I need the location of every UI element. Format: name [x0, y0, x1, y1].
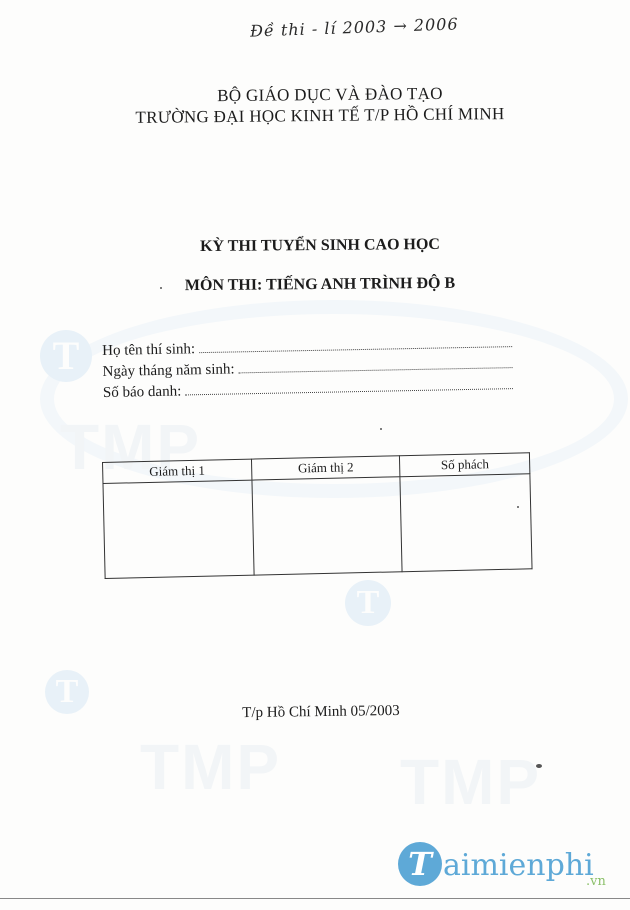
handwritten-note: Đề thi - lí 2003 → 2006 — [250, 14, 459, 40]
page-edge — [0, 898, 630, 899]
watermark-logo-icon: T — [345, 580, 391, 626]
logo-brand-text: aimienphi — [443, 846, 594, 886]
logo-t-icon: T — [398, 842, 442, 886]
logo-domain-text: .vn — [586, 874, 606, 889]
column-header: Số phách — [400, 453, 530, 477]
scan-speck — [380, 428, 382, 430]
scan-speck — [160, 287, 162, 289]
place-date: T/p Hồ Chí Minh 05/2003 — [6, 700, 630, 726]
watermark-text: TMP — [400, 745, 541, 819]
field-label: Họ tên thí sinh: — [102, 341, 195, 360]
signature-cell-proctor-1[interactable] — [103, 480, 254, 578]
taimienphi-logo: T aimienphi .vn — [398, 842, 594, 886]
field-label: Số báo danh: — [103, 383, 182, 402]
scan-speck — [536, 764, 542, 768]
secret-code-cell[interactable] — [400, 474, 532, 572]
signature-cell-proctor-2[interactable] — [252, 477, 403, 575]
signature-table: Giám thị 1 Giám thị 2 Số phách — [102, 452, 533, 579]
exam-title: KỲ THI TUYỂN SINH CAO HỌC — [5, 234, 630, 257]
scan-speck — [517, 506, 519, 508]
subject-title: MÔN THI: TIẾNG ANH TRÌNH ĐỘ B — [5, 273, 630, 296]
watermark-text: TMP — [140, 730, 281, 804]
field-label: Ngày tháng năm sinh: — [102, 361, 234, 381]
candidate-info-fields: Họ tên thí sinh: Ngày tháng năm sinh: Số… — [102, 334, 513, 405]
watermark-logo-icon: T — [40, 330, 92, 382]
